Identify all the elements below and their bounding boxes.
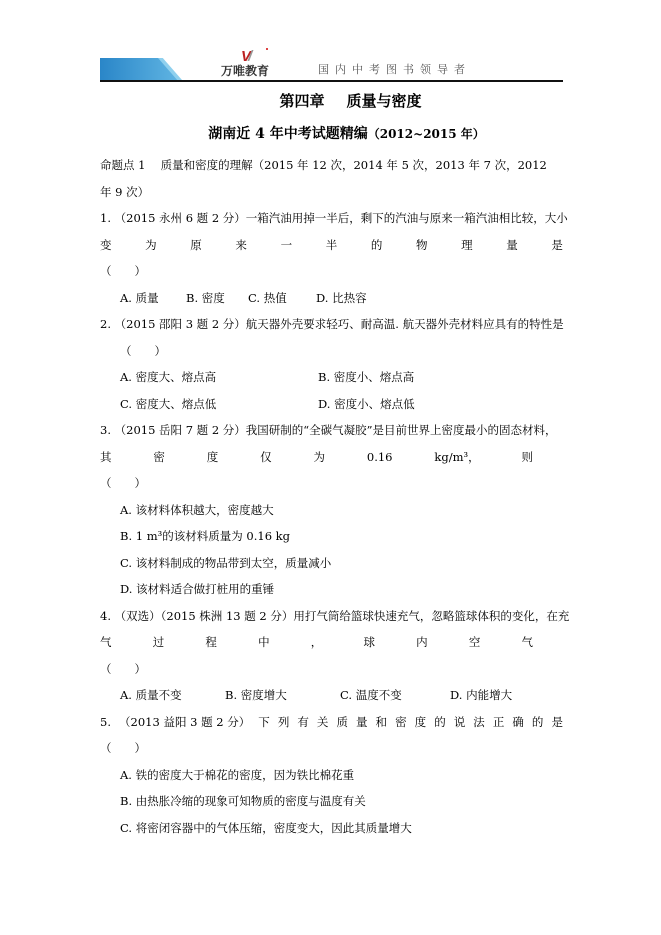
question-5-blank: （ ） [100,735,563,762]
publisher-logo: V/ 万唯教育 [221,44,281,80]
header-slogan: 国内中考图书领导者 [318,61,471,77]
question-1-blank: （ ） [100,258,563,285]
subtitle-years: （2012~2015 年） [368,127,485,141]
question-4-stem-cont: 气过程中，球内空气 [100,629,563,656]
question-4-blank: （ ） [100,656,563,683]
option-a: A. 密度大、熔点高 [120,364,318,391]
question-4-options: A. 质量不变B. 密度增大C. 温度不变D. 内能增大 [100,682,563,709]
question-3-option-d: D. 该材料适合做打桩用的重锤 [100,576,563,603]
header-decor-bar [100,58,178,80]
chapter-number: 第四章 [279,92,324,110]
question-3-stem: 3. （2015 岳阳 7 题 2 分）我国研制的“全碳气凝胶”是目前世界上密度… [100,417,563,444]
option-a: A. 质量不变 [120,682,225,709]
header-divider [100,80,563,82]
question-content: 命题点 1 质量和密度的理解（2015 年 12 次，2014 年 5 次，20… [100,152,563,841]
question-3-stem-cont: 其密度仅为0.16kg/m³，则 [100,444,563,471]
section-subtitle: 湖南近 4 年中考试题精编（2012~2015 年） [0,123,661,143]
logo-text: 万唯教育 [221,62,269,79]
topic-point-line2: 年 9 次） [100,179,563,206]
question-2-options-row2: C. 密度大、熔点低D. 密度小、熔点低 [100,391,563,418]
option-a: A. 质量 [120,285,186,312]
option-d: D. 密度小、熔点低 [318,391,516,418]
question-5-option-c: C. 将密闭容器中的气体压缩，密度变大，因此其质量增大 [100,815,563,842]
question-1-stem-cont: 变为原来一半的物理量是 [100,232,563,259]
option-b: B. 密度小、熔点高 [318,364,516,391]
question-4-stem: 4. （双选）（2015 株洲 13 题 2 分）用打气筒给篮球快速充气，忽略篮… [100,603,563,630]
logo-dot-icon [266,48,268,50]
option-d: D. 比热容 [316,285,367,312]
question-3-option-c: C. 该材料制成的物品带到太空，质量减小 [100,550,563,577]
chapter-topic: 质量与密度 [347,92,422,110]
question-3-option-b: B. 1 m³的该材料质量为 0.16 kg [100,523,563,550]
question-1-stem: 1. （2015 永州 6 题 2 分）一箱汽油用掉一半后，剩下的汽油与原来一箱… [100,205,563,232]
question-3-option-a: A. 该材料体积越大，密度越大 [100,497,563,524]
question-2-options-row1: A. 密度大、熔点高B. 密度小、熔点高 [100,364,563,391]
question-5-stem: 5.（2013 益阳 3 题 2 分）下列有关质量和密度的说法正确的是 [100,709,563,736]
option-d: D. 内能增大 [450,682,512,709]
option-b: B. 密度 [186,285,248,312]
option-c: C. 热值 [248,285,316,312]
option-b: B. 密度增大 [225,682,340,709]
question-3-blank: （ ） [100,470,563,497]
question-2-stem: 2. （2015 邵阳 3 题 2 分）航天器外壳要求轻巧、耐高温. 航天器外壳… [100,311,563,338]
question-5-option-a: A. 铁的密度大于棉花的密度，因为铁比棉花重 [100,762,563,789]
question-1-options: A. 质量B. 密度C. 热值D. 比热容 [100,285,563,312]
subtitle-main: 湖南近 4 年中考试题精编 [208,126,368,142]
page-header: V/ 万唯教育 国内中考图书领导者 [100,44,563,84]
topic-point-line1: 命题点 1 质量和密度的理解（2015 年 12 次，2014 年 5 次，20… [100,152,563,179]
option-c: C. 密度大、熔点低 [120,391,318,418]
question-2-blank: （ ） [100,338,563,365]
chapter-title: 第四章质量与密度 [0,90,661,111]
option-c: C. 温度不变 [340,682,450,709]
question-5-option-b: B. 由热胀冷缩的现象可知物质的密度与温度有关 [100,788,563,815]
